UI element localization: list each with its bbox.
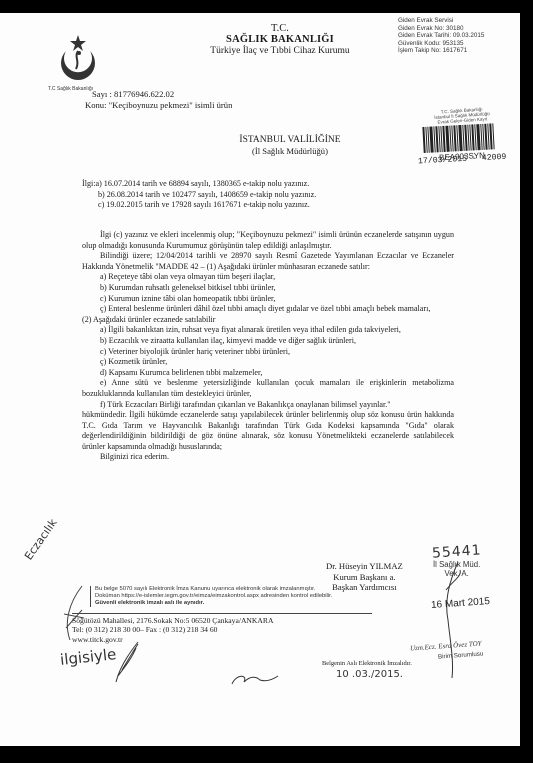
esign-line-2: Doküman https://e-islemler.iegm.gov.tr/e… <box>95 593 332 600</box>
list-item: c) Kurumun iznine tâbi olan homeopatik t… <box>82 294 454 305</box>
sayi-label: Sayı <box>92 89 107 99</box>
list-item: a) Reçeteye tâbi olan veya olmayan tüm b… <box>82 272 454 283</box>
esign-line-1: Bu belge 5070 sayılı Elektronik İmza Kan… <box>95 586 332 593</box>
footer-address-line: Söğütözü Mahallesi, 2176.Sokak No:5 0652… <box>72 616 273 625</box>
list-item: c) Veteriner biyolojik ürünler hariç vet… <box>82 347 454 358</box>
footer-website-link[interactable]: www.titck.gov.tr <box>72 635 273 644</box>
subject: Konu: "Keçiboynuzu pekmezi" isimli ürün <box>85 100 232 110</box>
outbox-line: İşlem Takip No: 1617671 <box>398 47 484 55</box>
list-item: a) İlgili bakanlıktan izin, ruhsat veya … <box>82 325 454 336</box>
signatory-title-1: Kurum Başkanı a. <box>326 572 403 583</box>
list-item: e) Anne sütü ve beslenme yetersizliğinde… <box>82 378 454 399</box>
outbox-line: Giden Evrak Servisi <box>398 17 484 25</box>
ministry-logo-icon <box>56 33 100 83</box>
ilgi-b: b) 26.08.2014 tarih ve 102477 sayılı, 14… <box>82 190 454 201</box>
ilgi-c: c) 19.02.2015 tarih ve 17928 sayılı 1617… <box>82 200 454 211</box>
addressee-subtitle: (İl Sağlık Müdürlüğü) <box>200 146 380 156</box>
list-item: b) Kurumdan ruhsatlı geleneksel bitkisel… <box>82 283 454 294</box>
list-item: d) Kapsamı Kurumca belirlenen tıbbi malz… <box>82 368 454 379</box>
footer-divider <box>72 613 372 614</box>
header-institution: Türkiye İlaç ve Tıbbi Cihaz Kurumu <box>180 46 380 56</box>
outbox-line: Giden Evrak Tarihi: 09.03.2015 <box>398 32 484 40</box>
ilgi-block: İlgi:a) 16.07.2014 tarih ve 68894 sayılı… <box>82 179 454 211</box>
signatory-title-2: Başkan Yardımcısı <box>326 582 403 593</box>
letter-body: İlgi (c) yazınız ve ekleri incelenmiş ol… <box>82 230 454 463</box>
header-ministry: SAĞLIK BAKANLIĞI <box>180 34 380 45</box>
ilgi-a: İlgi:a) 16.07.2014 tarih ve 68894 sayılı… <box>82 179 454 190</box>
handwritten-signature-icon <box>112 640 142 685</box>
body-paragraph-2: Bilindiği üzere; 12/04/2014 tarihli ve 2… <box>82 251 454 272</box>
list-item: b) Eczacılık ve ziraatta kullanılan ilaç… <box>82 336 454 347</box>
handwritten-number: 55441 <box>432 542 483 561</box>
body-paragraph-1: İlgi (c) yazınız ve ekleri incelenmiş ol… <box>82 230 454 251</box>
handwritten-signature-icon <box>440 560 470 680</box>
outgoing-document-box: Giden Evrak Servisi Giden Evrak No: 3018… <box>398 17 484 55</box>
body-paragraph-3: hükmündedir. İlgili hükümde eczanelerde … <box>82 410 454 452</box>
signature-block: Dr. Hüseyin YILMAZ Kurum Başkanı a. Başk… <box>326 561 403 593</box>
footer-phone: Tel: (0 312) 218 30 00– Fax : (0 312) 21… <box>72 625 273 634</box>
esign-line-3: Güvenli elektronik imzalı aslı ile aynıd… <box>95 600 332 607</box>
logo-caption-line1: T.C Sağlık Bakanlığı <box>48 87 93 92</box>
outbox-line: Giden Evrak No: 30180 <box>398 25 484 33</box>
list-item: ç) Kozmetik ürünler, <box>82 357 454 368</box>
original-e-signed-note: Belgenin Aslı Elektronik İmzalıdır. <box>322 660 412 667</box>
reference-number: Sayı : 81776946.622.02 <box>92 89 174 99</box>
konu-label: Konu: <box>85 100 106 110</box>
list-item: ç) Enteral beslenme ürünleri dâhil özel … <box>82 304 454 315</box>
konu-value: "Keçiboynuzu pekmezi" isimli ürün <box>109 100 233 110</box>
closing: Bilginizi rica ederim. <box>82 452 454 463</box>
handwritten-signature-icon <box>230 670 280 690</box>
section-2-heading: (2) Aşağıdaki ürünler eczanede satılabil… <box>82 315 454 326</box>
e-signature-notice: Bu belge 5070 sayılı Elektronik İmza Kan… <box>90 586 332 607</box>
addressee-title: İSTANBUL VALİLİĞİNE <box>200 135 380 145</box>
header-state: T.C. <box>180 23 380 34</box>
signatory-name: Dr. Hüseyin YILMAZ <box>326 561 403 572</box>
sayi-value: : 81776946.622.02 <box>109 89 174 99</box>
handwritten-bottom-date: 10 .03./2015. <box>336 669 403 680</box>
list-item: f) Türk Eczacıları Birliği tarafından çı… <box>82 400 454 411</box>
barcode-icon <box>422 123 501 153</box>
logo-caption: T.C Sağlık Bakanlığı <box>48 87 93 92</box>
footer-address: Söğütözü Mahallesi, 2176.Sokak No:5 0652… <box>72 616 273 644</box>
